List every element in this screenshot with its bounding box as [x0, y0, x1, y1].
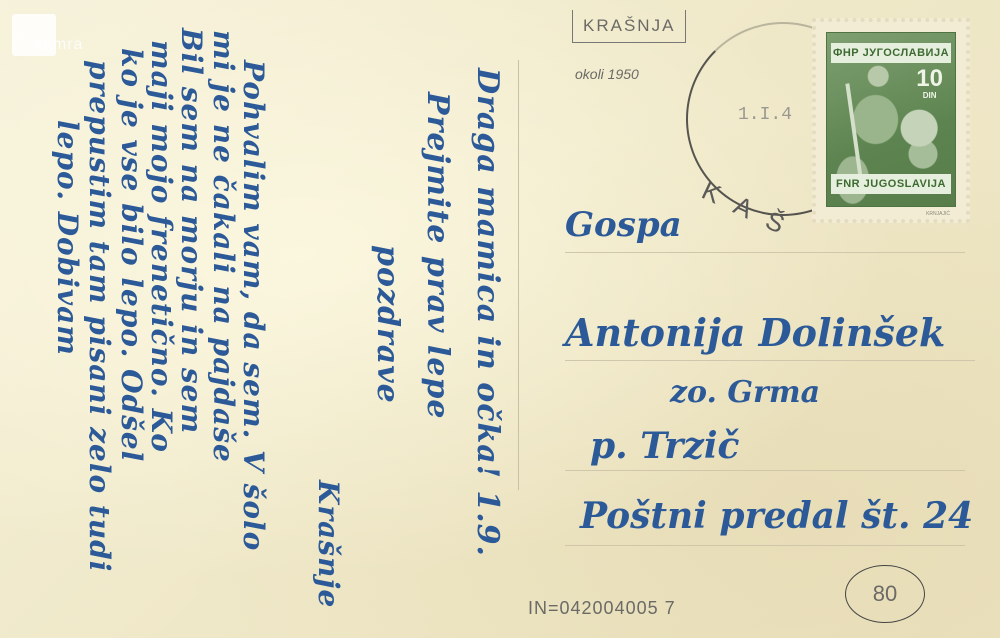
message-line: lepo. Dobivam	[51, 120, 84, 356]
address-salutation: Gospa	[565, 205, 682, 245]
address-town: p. Trzič	[590, 425, 739, 467]
date-note: okoli 1950	[575, 66, 639, 82]
stamp-bottom-banner: FNR JUGOSLAVIJA	[831, 174, 951, 194]
message-line: Draga mamica in očka! 1.9.	[470, 68, 505, 557]
message-line: pozdrave	[370, 245, 405, 404]
stamp-engraver: KRNJAJIĆ	[926, 211, 950, 217]
stamp-currency: DIN	[916, 91, 943, 101]
stamp-image: ФНР ЈУГОСЛАВИЈА 10 DIN FNR JUGOSLAVIJA	[826, 32, 956, 207]
message-line: ko je vse bilo lepo. Odšel	[115, 48, 148, 462]
message-line: Krašnje	[312, 480, 345, 608]
message-line: prepustim tam pisani zelo tudi	[83, 60, 116, 572]
address-po-box: Poštni predal št. 24	[580, 495, 973, 537]
message-line: Prejmite prav lepe	[420, 92, 455, 419]
message-line: Pohvalim vam, da sem. V šolo	[237, 60, 270, 551]
stamp-denomination: 10 DIN	[916, 67, 943, 101]
place-label: KRAŠNJA	[572, 10, 686, 43]
watermark-label: kamra	[34, 36, 83, 54]
message-line: mi je ne čakali na pajdaše	[207, 30, 240, 463]
message-line: Bil sem na morju in sem	[175, 28, 208, 434]
stamp-value: 10	[916, 65, 943, 92]
circled-number: 80	[845, 565, 925, 623]
address-rule	[565, 470, 965, 471]
postmark-date: 1.I.4	[738, 105, 792, 125]
inventory-number: IN=042004005 7	[528, 598, 676, 619]
address-recipient: Antonija Dolinšek	[565, 310, 945, 355]
address-rule	[565, 545, 965, 546]
address-rule	[565, 360, 975, 361]
address-rule	[565, 252, 965, 253]
postcard-divider	[518, 60, 519, 490]
message-line: maji mojo frenetično. Ko	[145, 40, 178, 453]
address-line-3: zo. Grma	[670, 375, 820, 410]
postage-stamp: ФНР ЈУГОСЛАВИЈА 10 DIN FNR JUGOSLAVIJA K…	[812, 18, 970, 223]
stamp-top-banner: ФНР ЈУГОСЛАВИЈА	[831, 43, 951, 63]
postcard-back: kamra Draga mamica in očka! 1.9. Prejmit…	[0, 0, 1000, 638]
